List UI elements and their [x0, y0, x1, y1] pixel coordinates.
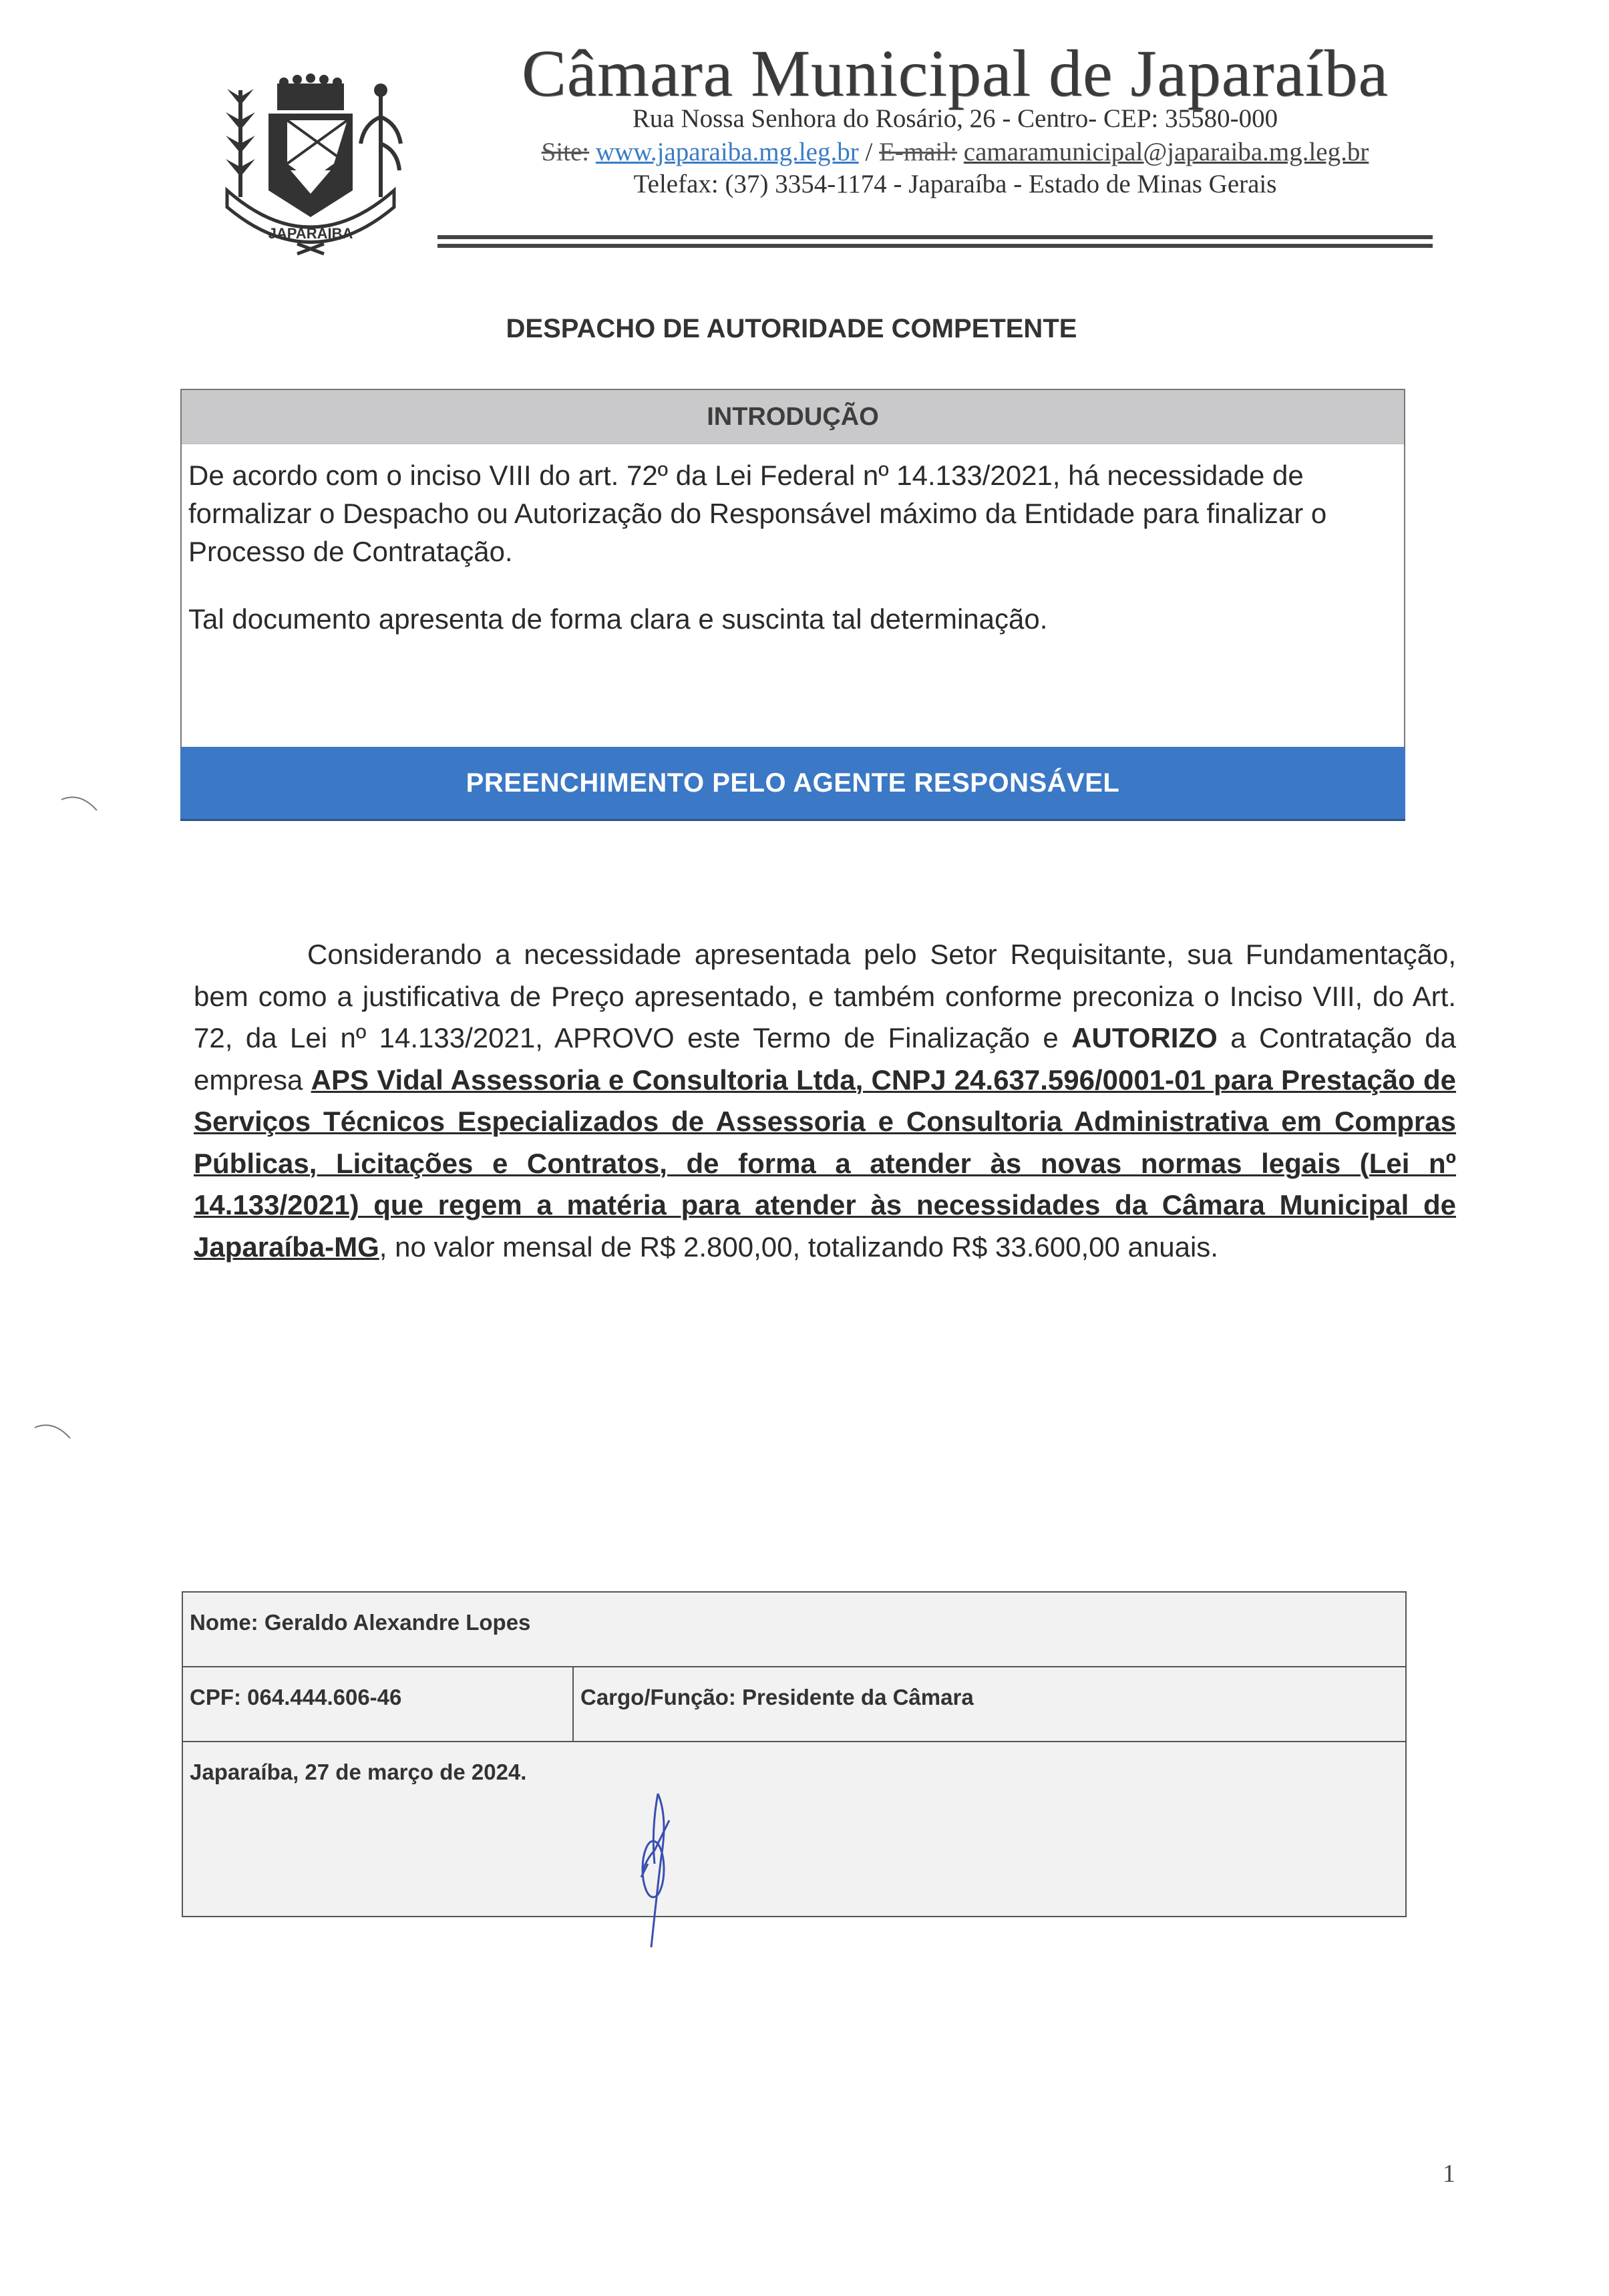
intro-paragraph: De acordo com o inciso VIII do art. 72º … — [188, 456, 1397, 570]
intro-section: INTRODUÇÃO De acordo com o inciso VIII d… — [180, 389, 1405, 748]
date-row: Japaraíba, 27 de março de 2024. — [183, 1742, 1405, 1916]
signer-cpf: CPF: 064.444.606-46 — [183, 1667, 574, 1741]
name-row: Nome: Geraldo Alexandre Lopes — [183, 1593, 1405, 1667]
email-link[interactable]: camaramunicipal@japaraiba.mg.leg.br — [964, 138, 1369, 166]
handwritten-signature-icon — [621, 1790, 701, 1951]
org-title: Câmara Municipal de Japaraíba — [521, 35, 1389, 112]
signer-role: Cargo/Função: Presidente da Câmara — [574, 1667, 980, 1741]
site-label: Site: — [542, 138, 590, 166]
header-divider — [437, 244, 1433, 248]
page-number: 1 — [1443, 2159, 1455, 2188]
signer-name: Nome: Geraldo Alexandre Lopes — [183, 1593, 537, 1666]
org-address: Rua Nossa Senhora do Rosário, 26 - Centr… — [521, 104, 1389, 134]
body-text: , no valor mensal de R$ 2.800,00, totali… — [379, 1231, 1218, 1263]
authorize-keyword: AUTORIZO — [1071, 1022, 1218, 1053]
municipal-coat-of-arms-icon: JAPARAÍBA — [214, 63, 407, 257]
document-title: DESPACHO DE AUTORIDADE COMPETENTE — [174, 314, 1409, 344]
intro-paragraph: Tal documento apresenta de forma clara e… — [188, 600, 1397, 638]
scan-mark — [33, 1420, 73, 1440]
email-label: E-mail: — [879, 138, 957, 166]
cpf-role-row: CPF: 064.444.606-46 Cargo/Função: Presid… — [183, 1667, 1405, 1742]
place-date: Japaraíba, 27 de março de 2024. — [183, 1742, 533, 1916]
svg-text:JAPARAÍBA: JAPARAÍBA — [269, 225, 353, 242]
separator: / — [859, 138, 879, 166]
intro-text: De acordo com o inciso VIII do art. 72º … — [182, 444, 1404, 638]
section-band: PREENCHIMENTO PELO AGENTE RESPONSÁVEL — [180, 747, 1405, 821]
signature-table: Nome: Geraldo Alexandre Lopes CPF: 064.4… — [182, 1591, 1407, 1917]
header-divider — [437, 235, 1433, 239]
contact-line: Site: www.japaraiba.mg.leg.br / E-mail: … — [521, 137, 1389, 167]
authorization-paragraph: Considerando a necessidade apresentada p… — [194, 934, 1456, 1268]
scan-mark — [60, 792, 100, 812]
phone-line: Telefax: (37) 3354-1174 - Japaraíba - Es… — [521, 169, 1389, 199]
intro-heading: INTRODUÇÃO — [182, 390, 1404, 444]
site-link[interactable]: www.japaraiba.mg.leg.br — [596, 138, 859, 166]
